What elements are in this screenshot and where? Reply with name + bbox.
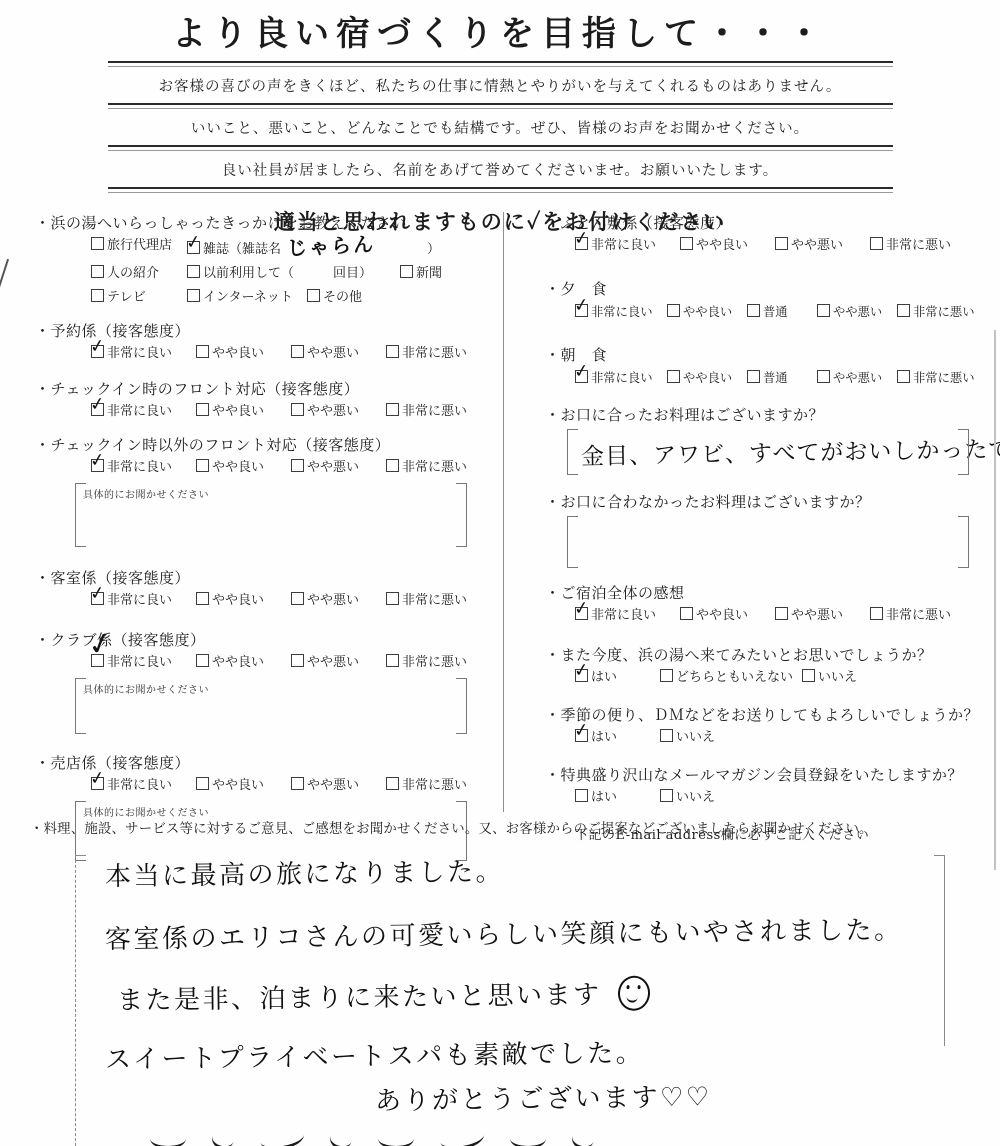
checkbox-option: ✓非常に良い	[575, 300, 667, 324]
checkbox-label: やや良い	[696, 608, 748, 623]
checkbox-label: いいえ	[676, 730, 715, 745]
checkbox-option: 非常に悪い	[386, 456, 467, 480]
checkbox[interactable]	[386, 403, 399, 416]
question-title: ・季節の便り、ＤＭなどをお送りしてもよろしいでしょうか？	[545, 704, 993, 726]
checkbox[interactable]	[775, 237, 788, 250]
checkbox-label: いいえ	[818, 670, 857, 685]
checkbox[interactable]	[291, 777, 304, 790]
checkbox[interactable]	[747, 370, 760, 383]
question-title: ・客室係（接客態度）	[35, 567, 500, 589]
checkbox-label: 雑誌（雑誌名	[203, 242, 281, 257]
options-row: ✓非常に良いやや良いやや悪い非常に悪い	[545, 234, 993, 258]
checkbox-label: いいえ	[676, 790, 715, 805]
checkbox[interactable]	[775, 607, 788, 620]
detail-input-box[interactable]: 具体的にお聞かせください	[75, 483, 467, 547]
checkbox[interactable]	[680, 607, 693, 620]
checkbox-label: やや悪い	[307, 593, 359, 608]
checkbox-option: やや良い	[667, 366, 747, 390]
checkbox-option: ✓非常に良い	[575, 234, 680, 258]
handwritten-comment-line: 本当に最高の旅になりました。	[105, 846, 945, 893]
question-block: ・客室係（接客態度）✓非常に良いやや良いやや悪い非常に悪い	[35, 567, 500, 613]
checkbox-label: インターネット	[203, 290, 293, 305]
handwritten-comment-line: また是非、泊まりに来たいと思います	[117, 970, 945, 1017]
checkbox-label: 非常に良い	[591, 305, 653, 319]
checkbox-option: ✓非常に良い	[575, 366, 667, 390]
checkbox[interactable]: ✓	[91, 459, 104, 472]
checkbox[interactable]: ✓	[575, 607, 588, 620]
smiley-face-icon	[616, 974, 651, 1012]
detail-box-label: 具体的にお聞かせください	[75, 678, 467, 696]
checkbox-option: 非常に悪い	[386, 651, 467, 675]
options-row: ✓非常に良いやや良いやや悪い非常に悪い	[35, 651, 500, 675]
checkbox[interactable]	[196, 777, 209, 790]
checkbox-option: 非常に悪い	[897, 300, 975, 324]
question-block: ・季節の便り、ＤＭなどをお送りしてもよろしいでしょうか？✓はいいいえ	[545, 704, 993, 750]
page-title: より良い宿づくりを目指して・・・	[0, 6, 1000, 55]
check-mark-icon: ✓	[572, 293, 590, 319]
checkbox[interactable]	[660, 789, 673, 802]
options-row: ✓はいどちらともいえないいいえ	[545, 666, 993, 690]
checkbox-label: やや悪い	[307, 778, 359, 793]
checkbox-label: やや良い	[696, 238, 748, 253]
question-title: ・朝 食	[545, 344, 993, 366]
checkbox[interactable]: ✓	[575, 729, 588, 742]
checkbox-label: どちらともいえない	[676, 670, 793, 685]
checkbox[interactable]	[870, 237, 883, 250]
checkbox-option: やや悪い	[291, 774, 386, 798]
question-block: ・予約係（接客態度）✓非常に良いやや良いやや悪い非常に悪い	[35, 320, 500, 366]
checkbox[interactable]	[667, 304, 680, 317]
checkbox-label: 非常に悪い	[402, 404, 467, 419]
free-comment-box[interactable]: 本当に最高の旅になりました。客室係のエリコさんの可愛いらしい笑顔にもいやされまし…	[75, 851, 945, 1146]
check-mark-icon: ✓	[572, 596, 590, 622]
checkbox-option: 非常に悪い	[897, 366, 975, 390]
checkbox[interactable]	[667, 370, 680, 383]
check-mark-icon: ✓	[572, 226, 590, 252]
checkbox-label: 非常に悪い	[913, 371, 975, 385]
checkbox[interactable]	[386, 592, 399, 605]
checkbox-option: やや悪い	[775, 604, 870, 628]
checkbox-label: 人の紹介	[107, 266, 159, 281]
handwritten-comment-line: 客室係のエリコさんの可愛いらしい笑顔にもいやされました。	[105, 909, 945, 956]
checkbox-option: 非常に悪い	[870, 604, 951, 628]
checkbox[interactable]	[386, 459, 399, 472]
checkbox[interactable]: ✓	[575, 669, 588, 682]
options-row: ✓はいいいえ	[545, 726, 993, 750]
checkbox[interactable]: ✓	[575, 370, 588, 383]
options-row: はいいいえ	[545, 786, 993, 810]
checkbox-option: ✓はい	[575, 666, 660, 690]
checkbox-label: 非常に良い	[591, 371, 653, 385]
checkbox-option: インターネット	[187, 286, 307, 310]
checkbox-option: やや良い	[196, 342, 291, 366]
checkbox-label: はい	[591, 790, 617, 805]
checkbox-option: やや悪い	[775, 234, 870, 258]
question-title: ・浜の湯へいらっしゃったきっかけをお教えください	[35, 212, 500, 234]
checkbox[interactable]	[660, 729, 673, 742]
question-title: ・特典盛り沢山なメールマガジン会員登録をいたしますか？	[545, 764, 993, 786]
check-mark-icon: ✓	[88, 392, 106, 418]
options-row: ✓非常に良いやや良い普通やや悪い非常に悪い	[545, 366, 993, 390]
checkbox-option: テレビ	[91, 286, 187, 310]
cutoff-handwriting	[150, 1128, 620, 1146]
checkbox[interactable]: ✓	[91, 777, 104, 790]
detail-input-box[interactable]: 具体的にお聞かせください	[75, 678, 467, 734]
checkbox[interactable]	[817, 370, 830, 383]
checkbox-option: 非常に悪い	[386, 774, 467, 798]
checkbox-label: 非常に良い	[591, 608, 656, 623]
checkbox-label: 非常に良い	[591, 238, 656, 253]
checkbox[interactable]	[91, 289, 104, 302]
stray-pen-mark	[0, 259, 9, 303]
checkbox-label: 普通	[763, 305, 788, 319]
checkbox[interactable]: ✓	[91, 403, 104, 416]
question-block: ・夕 食✓非常に良いやや良い普通やや悪い非常に悪い	[545, 278, 993, 324]
checkbox[interactable]	[386, 654, 399, 667]
answer-box[interactable]	[567, 516, 969, 568]
checkbox-option: やや良い	[680, 604, 775, 628]
checkbox[interactable]	[187, 289, 200, 302]
checkbox-option: 非常に悪い	[386, 342, 467, 366]
checkbox-option: やや悪い	[291, 400, 386, 424]
checkbox-option: いいえ	[660, 786, 715, 810]
checkbox-label: 非常に良い	[107, 346, 172, 361]
checkbox[interactable]	[386, 345, 399, 358]
questionnaire-page: より良い宿づくりを目指して・・・ お客様の喜びの声をきくほど、私たちの仕事に情熱…	[0, 0, 1000, 1146]
checkbox-option: 新聞	[400, 262, 442, 286]
check-mark-icon: ✓	[88, 334, 106, 360]
checkbox[interactable]	[196, 592, 209, 605]
question-title: ・また今度、浜の湯へ来てみたいとお思いでしょうか？	[545, 644, 993, 666]
handwritten-comment-line: ありがとうございます♡♡	[375, 1074, 945, 1118]
checkbox[interactable]	[291, 592, 304, 605]
checkbox[interactable]	[187, 265, 200, 278]
checkbox-label: 非常に良い	[107, 460, 172, 475]
checkbox-option: やや良い	[667, 300, 747, 324]
checkbox-option: やや悪い	[817, 300, 897, 324]
checkbox-option: やや悪い	[291, 651, 386, 675]
checkbox[interactable]	[291, 459, 304, 472]
checkbox-label: 非常に悪い	[402, 460, 467, 475]
checkbox-option: ✓非常に良い	[91, 774, 196, 798]
checkbox-option: 非常に悪い	[870, 234, 951, 258]
checkbox-option: ✓はい	[575, 726, 660, 750]
checkbox-label: やや良い	[212, 404, 264, 419]
question-block: ・浜の湯へいらっしゃったきっかけをお教えください旅行代理店✓雑誌（雑誌名じゃらん…	[35, 212, 500, 310]
checkbox-label: やや悪い	[307, 460, 359, 475]
checkbox[interactable]: ✓	[91, 592, 104, 605]
options-row: ✓非常に良いやや良いやや悪い非常に悪い	[35, 589, 500, 613]
checkbox-option: 普通	[747, 366, 817, 390]
handwritten-answer: 金目、アワビ、すべてがおいしかったです。	[567, 425, 970, 471]
divider-rule	[108, 187, 893, 193]
checkbox-label: やや悪い	[791, 608, 843, 623]
intro-line-2: いいこと、悪いこと、どんなことでも結構です。ぜひ、皆様のお声をお聞かせください。	[0, 109, 1000, 145]
checkbox[interactable]	[386, 777, 399, 790]
checkbox-label: やや良い	[212, 593, 264, 608]
checkbox[interactable]	[91, 265, 104, 278]
checkbox-label: やや良い	[683, 371, 732, 385]
checkbox[interactable]	[291, 345, 304, 358]
checkbox-option: 非常に悪い	[386, 400, 467, 424]
checkbox-option: やや悪い	[291, 456, 386, 480]
checkbox-option: やや悪い	[291, 589, 386, 613]
checkbox[interactable]	[575, 789, 588, 802]
options-row: ✓非常に良いやや良いやや悪い非常に悪い	[545, 604, 993, 628]
options-row: テレビインターネットその他	[35, 286, 500, 310]
check-mark-icon: ✓	[88, 448, 106, 474]
question-block: ・チェックイン時のフロント対応（接客態度）✓非常に良いやや良いやや悪い非常に悪い	[35, 378, 500, 424]
checkbox-option: どちらともいえない	[660, 666, 802, 690]
checkbox-option: やや良い	[680, 234, 775, 258]
checkbox-option: やや良い	[196, 651, 291, 675]
handwritten-text: じゃらん	[286, 232, 375, 261]
checkbox-option: ✓非常に良い	[91, 400, 196, 424]
checkbox[interactable]	[660, 669, 673, 682]
checkbox-label: やや悪い	[307, 655, 359, 670]
checkbox-option: 旅行代理店	[91, 234, 187, 258]
checkbox[interactable]	[196, 654, 209, 667]
question-block: ・また今度、浜の湯へ来てみたいとお思いでしょうか？✓はいどちらともいえないいいえ	[545, 644, 993, 690]
checkbox-option: やや良い	[196, 589, 291, 613]
checkbox[interactable]	[91, 237, 104, 250]
question-block: ・クラブ係（接客態度）✓非常に良いやや良いやや悪い非常に悪い具体的にお聞かせくだ…	[35, 629, 500, 734]
checkbox-option: やや良い	[196, 456, 291, 480]
checkbox[interactable]: ✓	[91, 345, 104, 358]
checkbox[interactable]	[870, 607, 883, 620]
check-mark-icon: ✓	[85, 630, 115, 659]
question-block: ・お口に合わなかったお料理はございますか？	[545, 491, 993, 568]
checkbox-label: 非常に悪い	[402, 778, 467, 793]
header: より良い宿づくりを目指して・・・ お客様の喜びの声をきくほど、私たちの仕事に情熱…	[0, 0, 1000, 236]
question-block: ・チェックイン時以外のフロント対応（接客態度）✓非常に良いやや良いやや悪い非常に…	[35, 434, 500, 547]
checkbox-label: 普通	[763, 371, 788, 385]
checkbox-label: 非常に良い	[107, 778, 172, 793]
checkbox-label: やや悪い	[307, 404, 359, 419]
checkbox-label: 非常に悪い	[402, 346, 467, 361]
handwritten-comment-line: スイートプライベートスパも素敵でした。	[105, 1029, 945, 1076]
checkbox-label: 非常に悪い	[402, 655, 467, 670]
checkbox[interactable]	[291, 654, 304, 667]
checkbox-label: はい	[591, 730, 617, 745]
checkbox-label: 非常に悪い	[913, 305, 975, 319]
options-row: ✓非常に良いやや良いやや悪い非常に悪い	[35, 456, 500, 480]
question-title: ・チェックイン時以外のフロント対応（接客態度）	[35, 434, 500, 456]
check-mark-icon: ✓	[572, 658, 590, 684]
checkbox-label: やや悪い	[833, 371, 882, 385]
checkbox[interactable]: ✓	[575, 304, 588, 317]
right-column: ・ふとん敷係（接客態度）✓非常に良いやや良いやや悪い非常に悪い・夕 食✓非常に良…	[545, 212, 993, 843]
checkbox-option: はい	[575, 786, 660, 810]
checkbox-label: はい	[591, 670, 617, 685]
checkbox-label: やや良い	[683, 305, 732, 319]
checkbox[interactable]	[802, 669, 815, 682]
checkbox-option: やや悪い	[291, 342, 386, 366]
checkbox-option: ✓非常に良い	[91, 589, 196, 613]
question-title: ・夕 食	[545, 278, 993, 300]
checkbox-label: やや悪い	[791, 238, 843, 253]
checkbox-option: 人の紹介	[91, 262, 187, 286]
question-title: ・売店係（接客態度）	[35, 752, 500, 774]
checkbox-label: その他	[323, 290, 362, 305]
checkbox-label: 以前利用して（ 回目）	[203, 266, 372, 281]
question-title: ・お口に合ったお料理はございますか？	[545, 404, 993, 426]
checkbox-label: やや悪い	[307, 346, 359, 361]
checkbox[interactable]	[897, 304, 910, 317]
question-title: ・チェックイン時のフロント対応（接客態度）	[35, 378, 500, 400]
check-mark-icon: ✓	[572, 718, 590, 744]
intro-line-3: 良い社員が居ましたら、名前をあげて誉めてくださいませ。お願いいたします。	[0, 151, 1000, 187]
checkbox-label: 旅行代理店	[107, 238, 172, 253]
checkbox-label: ）	[375, 242, 440, 257]
checkbox-label: 非常に悪い	[886, 238, 951, 253]
options-row: ✓非常に良いやや良いやや悪い非常に悪い	[35, 774, 500, 798]
question-block: ・お口に合ったお料理はございますか？金目、アワビ、すべてがおいしかったです。	[545, 404, 993, 475]
question-block: ・ご宿泊全体の感想✓非常に良いやや良いやや悪い非常に悪い	[545, 582, 993, 628]
checkbox-label: やや良い	[212, 460, 264, 475]
checkbox-label: 新聞	[416, 266, 442, 281]
checkbox-option: いいえ	[802, 666, 857, 690]
question-block: ・ふとん敷係（接客態度）✓非常に良いやや良いやや悪い非常に悪い	[545, 212, 993, 258]
checkbox-label: 非常に良い	[107, 593, 172, 608]
check-mark-icon: ✓	[184, 230, 202, 256]
checkbox-label: やや良い	[212, 655, 264, 670]
checkbox-option: 普通	[747, 300, 817, 324]
answer-box[interactable]: 金目、アワビ、すべてがおいしかったです。	[567, 429, 969, 475]
checkbox[interactable]	[291, 403, 304, 416]
options-row: ✓非常に良いやや良いやや悪い非常に悪い	[35, 342, 500, 366]
options-row: ✓非常に良いやや良い普通やや悪い非常に悪い	[545, 300, 993, 324]
checkbox-option: その他	[307, 286, 362, 310]
check-mark-icon: ✓	[88, 766, 106, 792]
checkbox-label: 非常に悪い	[886, 608, 951, 623]
checkbox[interactable]	[196, 345, 209, 358]
options-row: ✓非常に良いやや良いやや悪い非常に悪い	[35, 400, 500, 424]
question-title: ・ふとん敷係（接客態度）	[545, 212, 993, 234]
question-title: ・予約係（接客態度）	[35, 320, 500, 342]
checkbox[interactable]: ✓	[187, 241, 200, 254]
checkbox[interactable]	[400, 265, 413, 278]
checkbox-label: 非常に良い	[107, 404, 172, 419]
check-mark-icon: ✓	[88, 581, 106, 607]
question-block: ・朝 食✓非常に良いやや良い普通やや悪い非常に悪い	[545, 344, 993, 390]
checkbox[interactable]: ✓	[575, 237, 588, 250]
checkbox-label: テレビ	[107, 290, 146, 305]
checkbox[interactable]	[817, 304, 830, 317]
options-row: 旅行代理店✓雑誌（雑誌名じゃらん ）	[35, 234, 500, 262]
checkbox[interactable]	[307, 289, 320, 302]
left-column: ・浜の湯へいらっしゃったきっかけをお教えください旅行代理店✓雑誌（雑誌名じゃらん…	[35, 212, 500, 861]
checkbox-label: やや良い	[212, 346, 264, 361]
checkbox-option: ✓非常に良い	[575, 604, 680, 628]
question-title: ・お口に合わなかったお料理はございますか？	[545, 491, 993, 513]
checkbox-option: ✓雑誌（雑誌名じゃらん ）	[187, 234, 440, 262]
question-title: ・ご宿泊全体の感想	[545, 582, 993, 604]
checkbox-label: やや良い	[212, 778, 264, 793]
checkbox-option: やや良い	[196, 774, 291, 798]
checkbox-option: ✓非常に良い	[91, 456, 196, 480]
checkbox-option: 非常に悪い	[386, 589, 467, 613]
detail-box-label: 具体的にお聞かせください	[75, 801, 467, 819]
checkbox-option: ✓非常に良い	[91, 651, 196, 675]
intro-line-1: お客様の喜びの声をきくほど、私たちの仕事に情熱とやりがいを与えてくれるものはあり…	[0, 67, 1000, 103]
checkbox-option: いいえ	[660, 726, 715, 750]
free-comment-section: ・料理、施設、サービス等に対するご意見、ご感想をお聞かせください。又、お客様から…	[30, 818, 990, 1146]
check-mark-icon: ✓	[572, 359, 590, 385]
checkbox[interactable]	[196, 403, 209, 416]
options-row: 人の紹介以前利用して（ 回目）新聞	[35, 262, 500, 286]
checkbox-label: やや悪い	[833, 305, 882, 319]
checkbox-option: ✓非常に良い	[91, 342, 196, 366]
checkbox[interactable]	[747, 304, 760, 317]
checkbox-label: 非常に悪い	[402, 593, 467, 608]
detail-box-label: 具体的にお聞かせください	[75, 483, 467, 501]
free-comment-title: ・料理、施設、サービス等に対するご意見、ご感想をお聞かせください。又、お客様から…	[30, 818, 990, 837]
column-divider	[503, 212, 504, 812]
checkbox-option: やや良い	[196, 400, 291, 424]
checkbox[interactable]	[196, 459, 209, 472]
scan-edge-artifact	[994, 330, 996, 870]
checkbox[interactable]: ✓	[91, 654, 104, 667]
checkbox[interactable]	[897, 370, 910, 383]
checkbox-label: 非常に良い	[107, 655, 172, 670]
checkbox[interactable]	[680, 237, 693, 250]
checkbox-option: やや悪い	[817, 366, 897, 390]
checkbox-option: 以前利用して（ 回目）	[187, 262, 400, 286]
